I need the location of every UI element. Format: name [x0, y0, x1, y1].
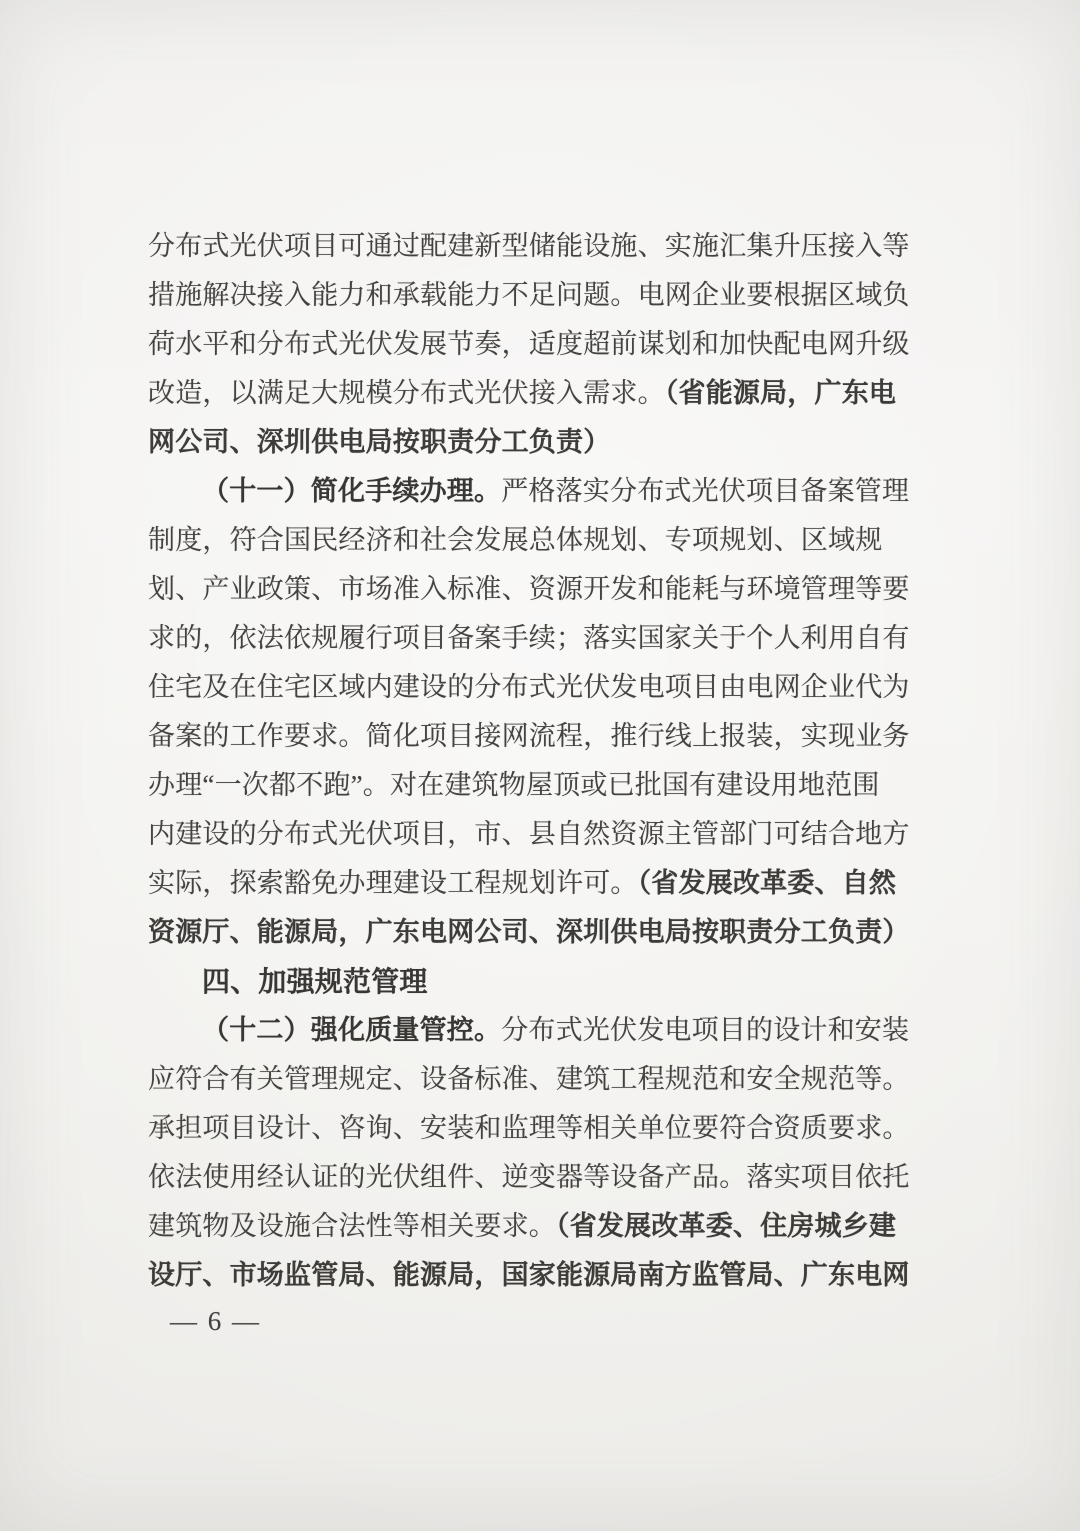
text-segment-kai: （省发展改革委、住房城乡建: [556, 1211, 896, 1241]
text-line: 措施解决接入能力和承载能力不足问题。电网企业要根据区域负: [148, 271, 938, 320]
page-number: — 6 —: [170, 1297, 261, 1346]
text-segment-body: 内建设的分布式光伏项目，市、县自然资源主管部门可结合地方: [148, 819, 910, 849]
text-line: 内建设的分布式光伏项目，市、县自然资源主管部门可结合地方: [148, 810, 938, 859]
text-segment-body: 分布式光伏发电项目的设计和安装: [501, 1015, 909, 1045]
text-segment-kai: 网公司、深圳供电局按职责分工负责）: [148, 427, 610, 457]
text-segment-body: 分布式光伏项目可通过配建新型储能设施、实施汇集升压接入等: [148, 231, 910, 261]
text-line: 改造，以满足大规模分布式光伏接入需求。（省能源局，广东电: [148, 369, 938, 418]
text-line: 备案的工作要求。简化项目接网流程，推行线上报装，实现业务: [148, 712, 938, 761]
text-line: 建筑物及设施合法性等相关要求。（省发展改革委、住房城乡建: [148, 1202, 938, 1251]
text-line: （十二）强化质量管控。分布式光伏发电项目的设计和安装: [148, 1006, 938, 1055]
scanned-document-page: 分布式光伏项目可通过配建新型储能设施、实施汇集升压接入等措施解决接入能力和承载能…: [0, 0, 1080, 1531]
text-segment-body: 应符合有关管理规定、设备标准、建筑工程规范和安全规范等。: [148, 1064, 910, 1094]
text-line: 四、加强规范管理: [148, 957, 938, 1006]
text-line: 荷水平和分布式光伏发展节奏，适度超前谋划和加快配电网升级: [148, 320, 938, 369]
text-segment-hei: 四、加强规范管理: [202, 966, 428, 997]
text-line: 依法使用经认证的光伏组件、逆变器等设备产品。落实项目依托: [148, 1153, 938, 1202]
text-line: 应符合有关管理规定、设备标准、建筑工程规范和安全规范等。: [148, 1055, 938, 1104]
document-body: 分布式光伏项目可通过配建新型储能设施、实施汇集升压接入等措施解决接入能力和承载能…: [148, 222, 938, 1300]
text-line: 划、产业政策、市场准入标准、资源开发和能耗与环境管理等要: [148, 565, 938, 614]
text-segment-lead: （十二）强化质量管控。: [202, 1015, 501, 1045]
text-line: 分布式光伏项目可通过配建新型储能设施、实施汇集升压接入等: [148, 222, 938, 271]
text-segment-body: 划、产业政策、市场准入标准、资源开发和能耗与环境管理等要: [148, 574, 910, 604]
text-segment-body: 承担项目设计、咨询、安装和监理等相关单位要符合资质要求。: [148, 1113, 910, 1143]
text-line: 制度，符合国民经济和社会发展总体规划、专项规划、区域规: [148, 516, 938, 565]
text-segment-body: 实际，探索豁免办理建设工程规划许可。: [148, 868, 638, 898]
text-line: 资源厅、能源局，广东电网公司、深圳供电局按职责分工负责）: [148, 908, 938, 957]
text-segment-body: 荷水平和分布式光伏发展节奏，适度超前谋划和加快配电网升级: [148, 329, 910, 359]
text-line: （十一）简化手续办理。严格落实分布式光伏项目备案管理: [148, 467, 938, 516]
text-segment-body: 依法使用经认证的光伏组件、逆变器等设备产品。落实项目依托: [148, 1162, 910, 1192]
text-segment-body: 建筑物及设施合法性等相关要求。: [148, 1211, 556, 1241]
text-segment-body: 办理“一次都不跑”。对在建筑物屋顶或已批国有建设用地范围: [148, 770, 880, 800]
text-line: 办理“一次都不跑”。对在建筑物屋顶或已批国有建设用地范围: [148, 761, 938, 810]
text-segment-body: 改造，以满足大规模分布式光伏接入需求。: [148, 378, 665, 408]
text-segment-kai: 资源厅、能源局，广东电网公司、深圳供电局按职责分工负责）: [148, 917, 910, 947]
text-segment-body: 住宅及在住宅区域内建设的分布式光伏发电项目由电网企业代为: [148, 672, 910, 702]
text-segment-body: 求的，依法依规履行项目备案手续；落实国家关于个人利用自有: [148, 623, 910, 653]
text-segment-kai: 设厅、市场监管局、能源局，国家能源局南方监管局、广东电网: [148, 1260, 910, 1290]
text-line: 住宅及在住宅区域内建设的分布式光伏发电项目由电网企业代为: [148, 663, 938, 712]
text-line: 实际，探索豁免办理建设工程规划许可。（省发展改革委、自然: [148, 859, 938, 908]
text-segment-kai: （省发展改革委、自然: [638, 868, 897, 898]
text-line: 求的，依法依规履行项目备案手续；落实国家关于个人利用自有: [148, 614, 938, 663]
text-line: 设厅、市场监管局、能源局，国家能源局南方监管局、广东电网: [148, 1251, 938, 1300]
text-segment-lead: （十一）简化手续办理。: [202, 476, 501, 506]
text-line: 承担项目设计、咨询、安装和监理等相关单位要符合资质要求。: [148, 1104, 938, 1153]
text-segment-kai: （省能源局，广东电: [665, 378, 896, 408]
text-segment-body: 措施解决接入能力和承载能力不足问题。电网企业要根据区域负: [148, 280, 910, 310]
text-segment-body: 备案的工作要求。简化项目接网流程，推行线上报装，实现业务: [148, 721, 910, 751]
text-segment-body: 严格落实分布式光伏项目备案管理: [501, 476, 909, 506]
text-line: 网公司、深圳供电局按职责分工负责）: [148, 418, 938, 467]
text-segment-body: 制度，符合国民经济和社会发展总体规划、专项规划、区域规: [148, 525, 882, 555]
